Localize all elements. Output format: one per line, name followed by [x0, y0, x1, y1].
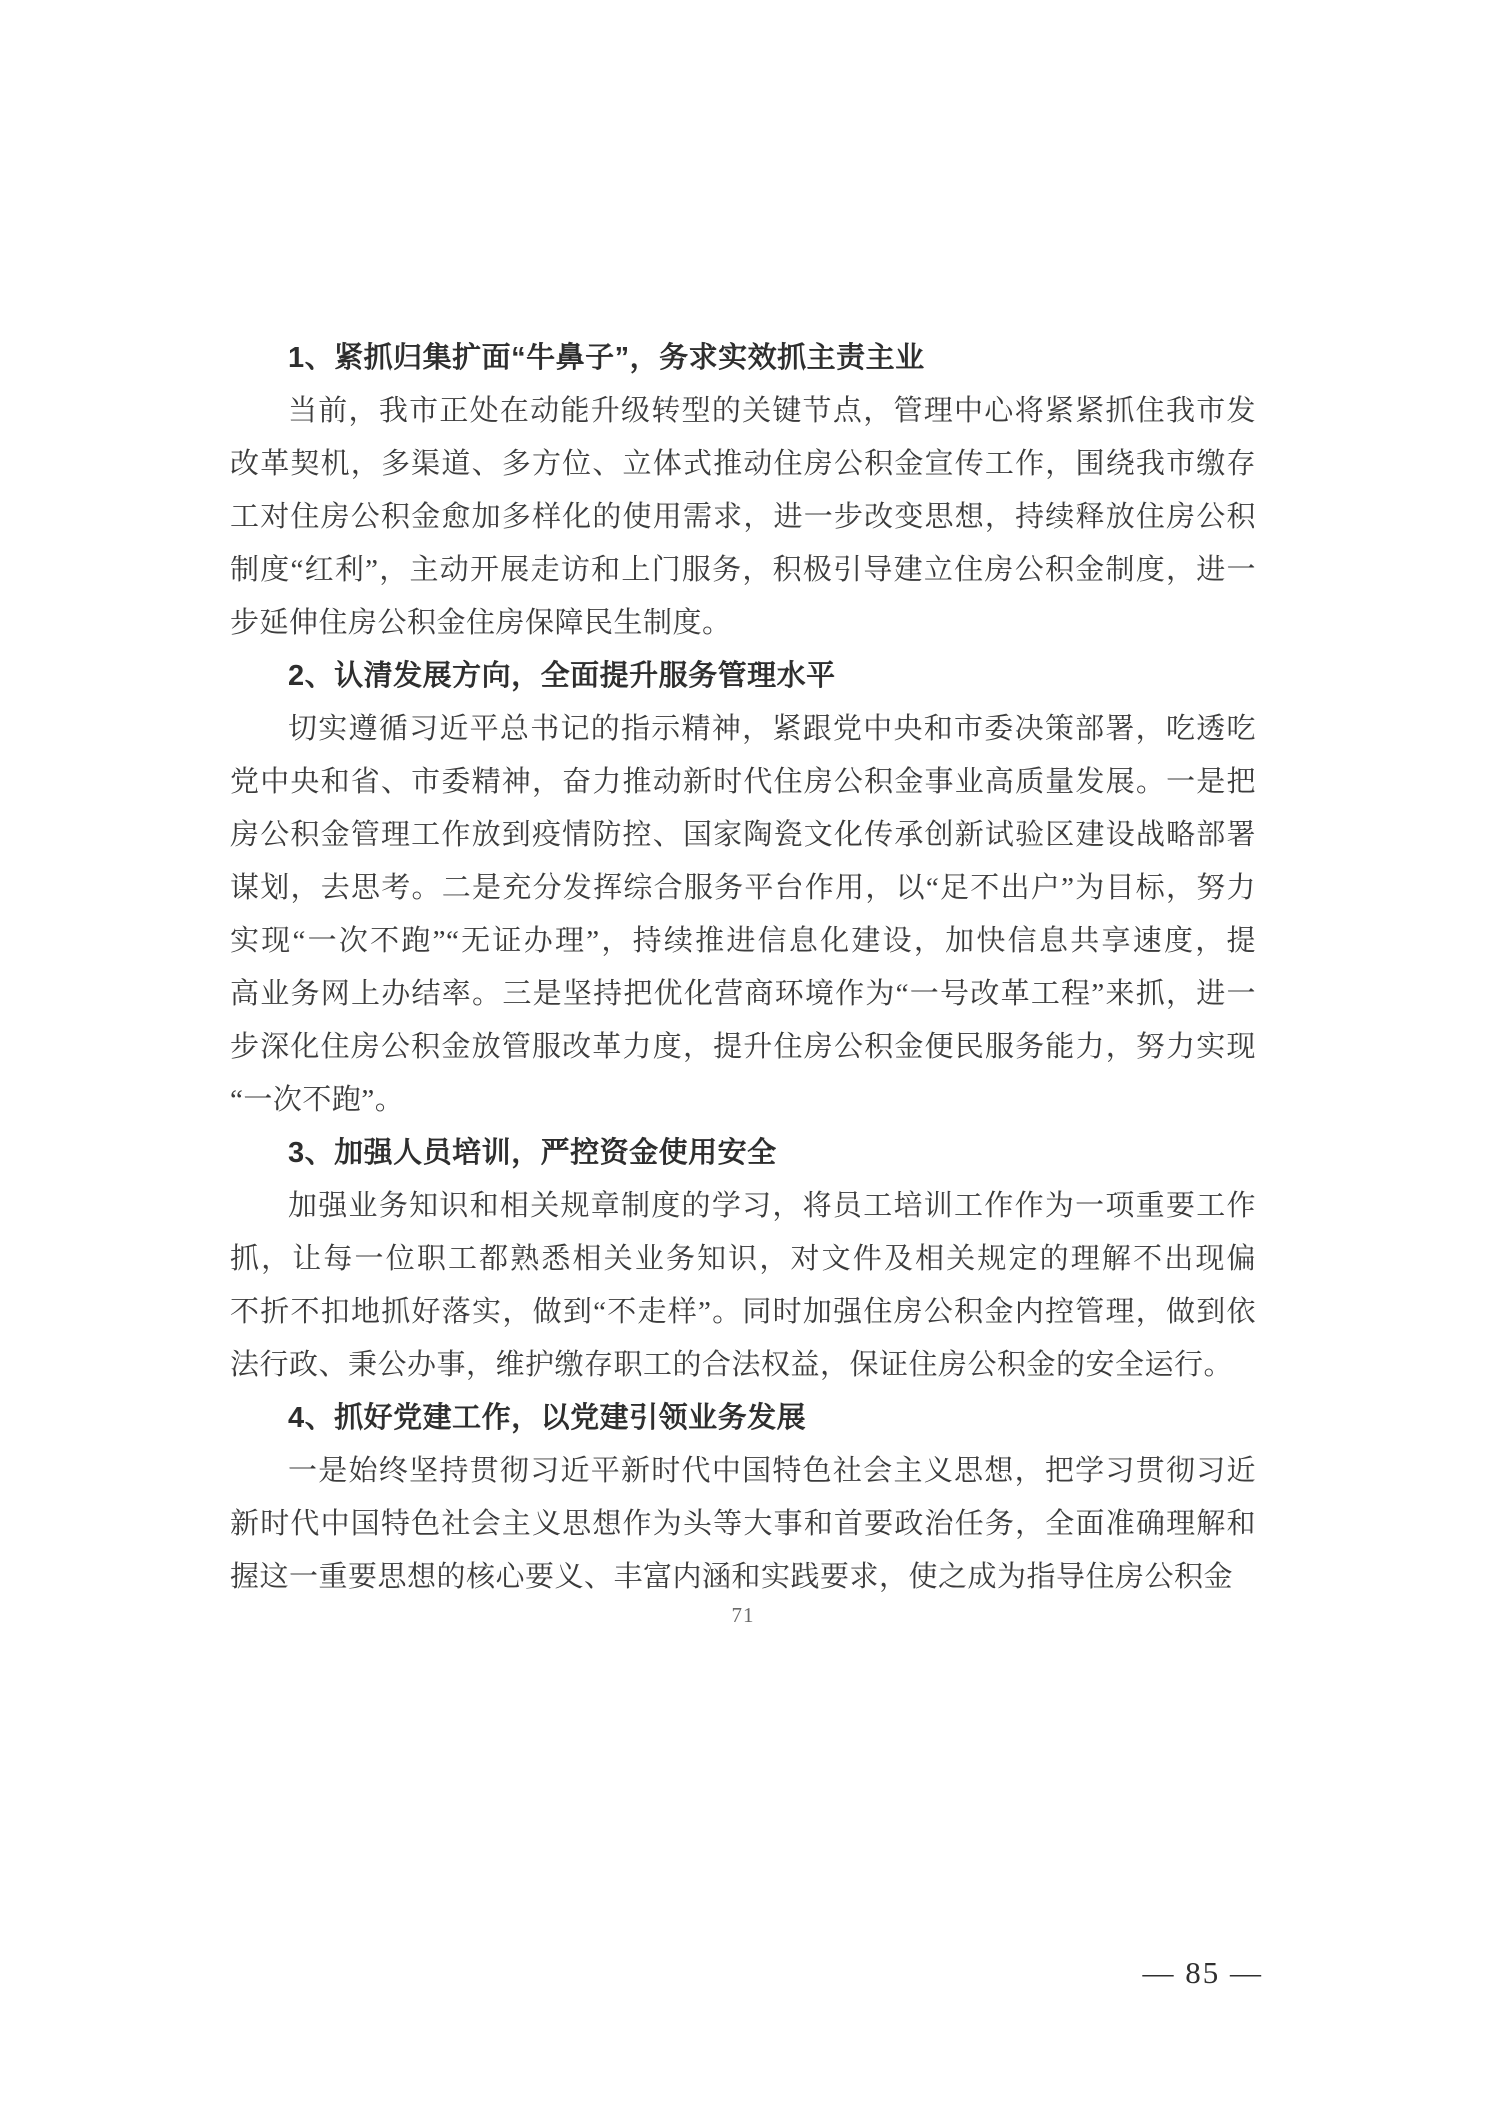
inner-page-number: 71: [230, 1603, 1256, 1628]
paragraph-line: 房公积金管理工作放到疫情防控、国家陶瓷文化传承创新试验区建设战略部署去: [230, 809, 1256, 862]
paragraph-line: 改革契机，多渠道、多方位、立体式推动住房公积金宣传工作，围绕我市缴存职: [230, 438, 1256, 491]
paragraph-line: 党中央和省、市委精神，奋力推动新时代住房公积金事业高质量发展。一是把住: [230, 756, 1256, 809]
paragraph-line: “一次不跑”。: [230, 1074, 1256, 1127]
paragraph-line: 步延伸住房公积金住房保障民生制度。: [230, 597, 1256, 650]
paragraph-line: 抓，让每一位职工都熟悉相关业务知识，对文件及相关规定的理解不出现偏差，: [230, 1233, 1256, 1286]
footer-page-number: — 85 —: [1143, 1955, 1264, 1991]
section-heading: 1、紧抓归集扩面“牛鼻子”，务求实效抓主责主业: [230, 332, 1256, 385]
paragraph-line: 实现“一次不跑”“无证办理”，持续推进信息化建设，加快信息共享速度，提: [230, 915, 1256, 968]
document-content: 1、紧抓归集扩面“牛鼻子”，务求实效抓主责主业当前，我市正处在动能升级转型的关键…: [230, 332, 1256, 1604]
section-heading: 3、加强人员培训，严控资金使用安全: [230, 1127, 1256, 1180]
paragraph-line: 工对住房公积金愈加多样化的使用需求，进一步改变思想，持续释放住房公积金: [230, 491, 1256, 544]
paragraph-line: 谋划，去思考。二是充分发挥综合服务平台作用，以“足不出户”为目标，努力: [230, 862, 1256, 915]
paragraph-line: 当前，我市正处在动能升级转型的关键节点，管理中心将紧紧抓住我市发展: [230, 385, 1256, 438]
section-heading: 2、认清发展方向，全面提升服务管理水平: [230, 650, 1256, 703]
paragraph-line: 高业务网上办结率。三是坚持把优化营商环境作为“一号改革工程”来抓，进一: [230, 968, 1256, 1021]
paragraph-line: 制度“红利”，主动开展走访和上门服务，积极引导建立住房公积金制度，进一: [230, 544, 1256, 597]
paragraph-line: 切实遵循习近平总书记的指示精神，紧跟党中央和市委决策部署，吃透吃准: [230, 703, 1256, 756]
paragraph-line: 法行政、秉公办事，维护缴存职工的合法权益，保证住房公积金的安全运行。: [230, 1339, 1256, 1392]
paragraph-line: 握这一重要思想的核心要义、丰富内涵和实践要求，使之成为指导住房公积金各: [230, 1551, 1256, 1604]
paragraph-line: 一是始终坚持贯彻习近平新时代中国特色社会主义思想，把学习贯彻习近平: [230, 1445, 1256, 1498]
section-heading: 4、抓好党建工作，以党建引领业务发展: [230, 1392, 1256, 1445]
paragraph-line: 步深化住房公积金放管服改革力度，提升住房公积金便民服务能力，努力实现: [230, 1021, 1256, 1074]
document-page: 1、紧抓归集扩面“牛鼻子”，务求实效抓主责主业当前，我市正处在动能升级转型的关键…: [0, 0, 1486, 2103]
paragraph-line: 加强业务知识和相关规章制度的学习，将员工培训工作作为一项重要工作来: [230, 1180, 1256, 1233]
paragraph-line: 不折不扣地抓好落实，做到“不走样”。同时加强住房公积金内控管理，做到依: [230, 1286, 1256, 1339]
paragraph-line: 新时代中国特色社会主义思想作为头等大事和首要政治任务，全面准确理解和把: [230, 1498, 1256, 1551]
